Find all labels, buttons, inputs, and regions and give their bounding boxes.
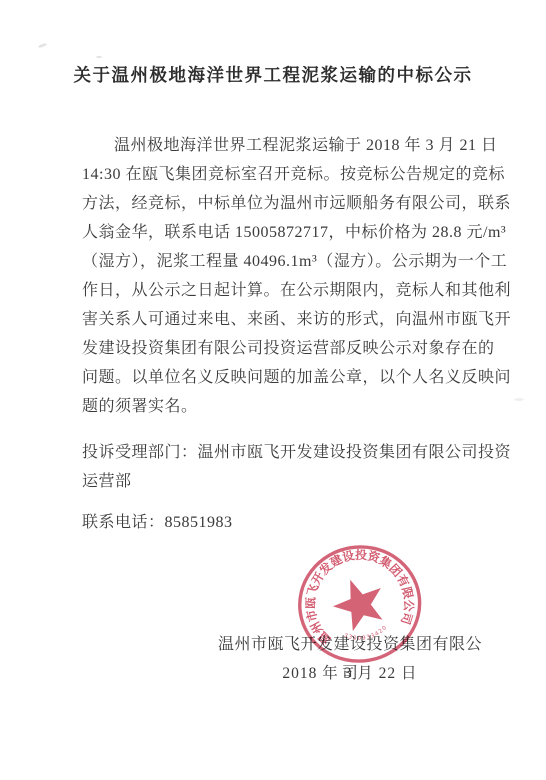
- body-line: 温州极地海洋世界工程泥浆运输于 2018 年 3 月 21 日: [82, 131, 466, 160]
- complaint-line: 运营部: [82, 467, 466, 496]
- scan-artifact: [514, 398, 524, 401]
- date-line: 2018 年 3 月 22 日: [210, 659, 490, 688]
- body-line: 害关系人可通过来电、来函、来访的形式，向温州市瓯飞开: [82, 305, 466, 334]
- body-line: 题的须署实名。: [82, 392, 466, 421]
- body-paragraph: 温州极地海洋世界工程泥浆运输于 2018 年 3 月 21 日 14:30 在瓯…: [82, 131, 466, 421]
- contact-line: 联系电话：85851983: [82, 508, 466, 537]
- body-line: 发建设投资集团有限公司投资运营部反映公示对象存在的: [82, 334, 466, 363]
- body-line: 14:30 在瓯飞集团竞标室召开竞标。按竞标公告规定的竞标: [82, 160, 466, 189]
- signature-line: 温州市瓯飞开发建设投资集团有限公司: [210, 630, 490, 659]
- scan-artifact: [96, 56, 102, 58]
- body-line: 方法，经竞标，中标单位为温州市远顺船务有限公司，联系: [82, 189, 466, 218]
- body-line: （湿方），泥浆工程量 40496.1m³（湿方）。公示期为一个工: [82, 247, 466, 276]
- scanned-document-page: 关于温州极地海洋世界工程泥浆运输的中标公示 温州极地海洋世界工程泥浆运输于 20…: [0, 0, 546, 780]
- body-line: 问题。以单位名义反映问题的加盖公章，以个人名义反映问: [82, 363, 466, 392]
- scan-artifact: [38, 43, 47, 49]
- body-line: 作日，从公示之日起计算。在公示期限内，竞标人和其他利: [82, 276, 466, 305]
- complaint-paragraph: 投诉受理部门：温州市瓯飞开发建设投资集团有限公司投资 运营部: [82, 438, 466, 496]
- document-title: 关于温州极地海洋世界工程泥浆运输的中标公示: [0, 62, 546, 87]
- signature-block: 温州市瓯飞开发建设投资集团有限公司 2018 年 3 月 22 日: [210, 630, 490, 688]
- star-icon: [326, 571, 391, 635]
- contact-paragraph: 联系电话：85851983: [82, 508, 466, 537]
- complaint-line: 投诉受理部门：温州市瓯飞开发建设投资集团有限公司投资: [82, 438, 466, 467]
- body-line: 人翁金华，联系电话 15005872717，中标价格为 28.8 元/m³: [82, 218, 466, 247]
